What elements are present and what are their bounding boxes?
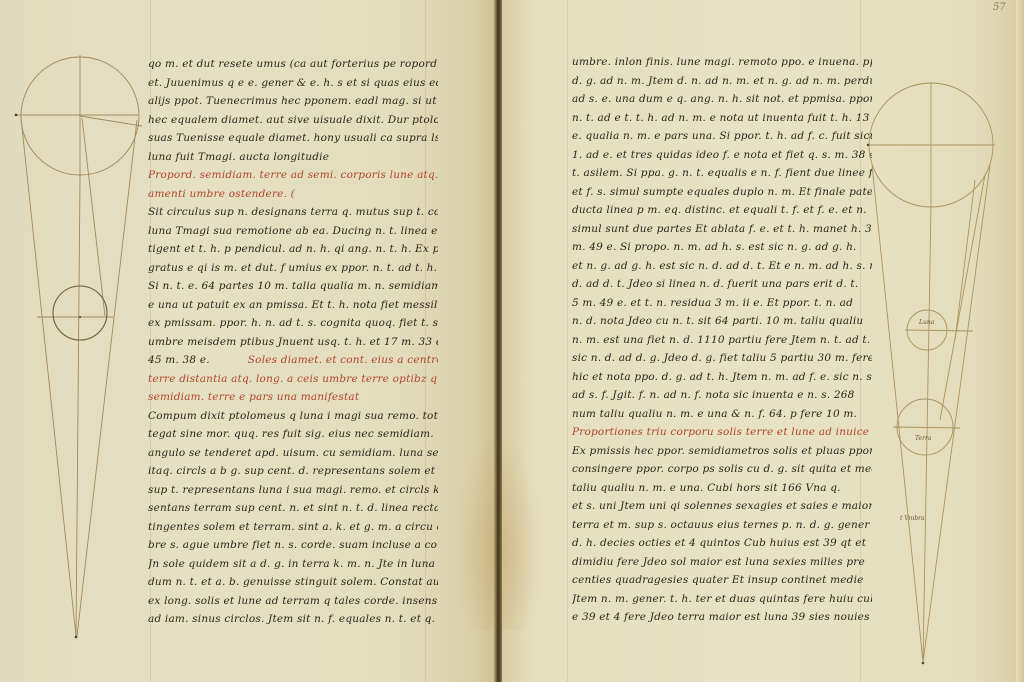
binding-gutter [494, 0, 502, 682]
line-text: ducta linea p m. eq. distinc. et equali … [572, 204, 867, 216]
line-text: Sit circulus sup n. designans terra q. m… [148, 206, 438, 218]
manuscript-line: itaq. circls a b g. sup cent. d. represe… [148, 462, 438, 481]
line-text: n. d. nota Jdeo cu n. t. sit 64 parti. 1… [572, 315, 863, 327]
manuscript-line: qo m. et dut resete umus (ca aut forteri… [148, 55, 438, 74]
manuscript-line: umbre meisdem ptibus Jnuent usq. t. h. e… [148, 333, 438, 352]
line-text: e 39 et 4 fere Jdeo terra maior est luna… [572, 611, 870, 623]
line-text: semidiam. terre e pars una manifestat [148, 391, 359, 403]
line-text: ad iam. sinus circlos. Jtem sit n. f. eq… [148, 613, 438, 625]
manuscript-line: n. t. ad e t. t. h. ad n. m. e nota ut i… [572, 109, 872, 128]
manuscript-line: simul sunt due partes Et ablata f. e. et… [572, 220, 872, 239]
manuscript-line: Si n. t. e. 64 partes 10 m. talia qualia… [148, 277, 438, 296]
line-text: Ex pmissis hec ppor. semidiametros solis… [572, 445, 872, 457]
line-text: qo m. et dut resete umus (ca aut forteri… [148, 58, 438, 70]
line-text: ad s. e. una dum e q. ang. n. h. sit not… [572, 93, 872, 105]
manuscript-line: sup t. representans luna i sua magi. rem… [148, 481, 438, 500]
manuscript-line: centies quadragesies quater Et insup con… [572, 571, 872, 590]
manuscript-line: e 39 et 4 fere Jdeo terra maior est luna… [572, 608, 872, 627]
line-text: sic n. d. ad d. g. Jdeo d. g. fiet taliu… [572, 352, 872, 364]
manuscript-line: ad s. f. Jgit. f. n. ad n. f. nota sic i… [572, 386, 872, 405]
manuscript-line: Proportiones triu corporu solis terre et… [572, 423, 872, 442]
manuscript-line: 5 m. 49 e. et t. n. residua 3 m. ii e. E… [572, 294, 872, 313]
manuscript-line: hec equalem diamet. aut sive uisuale dix… [148, 111, 438, 130]
manuscript-line: num taliu qualiu n. m. e una & n. f. 64.… [572, 405, 872, 424]
manuscript-line: tegat sine mor. quq. res fuit sig. eius … [148, 425, 438, 444]
manuscript-line: sic n. d. ad d. g. Jdeo d. g. fiet taliu… [572, 349, 872, 368]
manuscript-line: ducta linea p m. eq. distinc. et equali … [572, 201, 872, 220]
line-text: e una ut patuit ex an pmissa. Et t. h. n… [148, 299, 438, 311]
line-text: et f. s. simul sumpte equales duplo n. m… [572, 186, 872, 198]
manuscript-line: semidiam. terre e pars una manifestat [148, 388, 438, 407]
line-text: t. asilem. Si ppa. g. n. t. equalis e n.… [572, 167, 872, 179]
line-text: 1. ad e. et tres quidas ideo f. e nota e… [572, 149, 872, 161]
line-text: n. m. est una fiet n. d. 1110 partiu fer… [572, 334, 872, 346]
line-text: et. Juuenimus q e e. gener & e. h. s et … [148, 77, 438, 89]
manuscript-line: sentans terram sup cent. n. et sint n. t… [148, 499, 438, 518]
line-text: Propord. semidiam. terre ad semi. corpor… [148, 169, 438, 181]
line-text: bre s. ague umbre fiet n. s. corde. suam… [148, 539, 438, 551]
line-text: dum n. t. et a. b. genuisse stinguit sol… [148, 576, 438, 588]
manuscript-spread: 57 qo m. et dut resete umus (ca aut fort… [0, 0, 1024, 682]
manuscript-line: e. qualia n. m. e pars una. Si ppor. t. … [572, 127, 872, 146]
ruling-line [567, 0, 568, 682]
line-text: gratus e qi is m. et dut. f umius ex ppo… [148, 262, 438, 274]
line-text: umbre. inlon finis. lune magi. remoto pp… [572, 56, 872, 68]
line-text: luna fuit Tmagi. aucta longitudie [148, 151, 329, 163]
manuscript-line: terra et m. sup s. octauus eius ternes p… [572, 516, 872, 535]
rubric-text: Soles diamet. et cont. eius a centro [248, 354, 438, 366]
manuscript-line: 45 m. 38 e.Soles diamet. et cont. eius a… [148, 351, 438, 370]
line-text: 5 m. 49 e. et t. n. residua 3 m. ii e. E… [572, 297, 853, 309]
manuscript-line: luna Tmagi sua remotione ab ea. Ducing n… [148, 222, 438, 241]
line-text: hec equalem diamet. aut sive uisuale dix… [148, 114, 438, 126]
manuscript-line: Jtem n. m. gener. t. h. ter et duas quin… [572, 590, 872, 609]
manuscript-line: ex pmissam. ppor. h. n. ad t. s. cognita… [148, 314, 438, 333]
manuscript-line: et. Juuenimus q e e. gener & e. h. s et … [148, 74, 438, 93]
manuscript-line: d. g. ad n. m. Jtem d. n. ad n. m. et n.… [572, 72, 872, 91]
line-text: luna Tmagi sua remotione ab ea. Ducing n… [148, 225, 438, 237]
line-text: d. ad d. t. Jdeo si linea n. d. fuerit u… [572, 278, 858, 290]
shadow-label: t Vmbra [900, 515, 925, 522]
manuscript-line: ex long. solis et lune ad terram q tales… [148, 592, 438, 611]
manuscript-line: m. 49 e. Si propo. n. m. ad h. s. est si… [572, 238, 872, 257]
line-text: consingere ppor. corpo ps solis cu d. g.… [572, 463, 872, 475]
line-text: sup t. representans luna i sua magi. rem… [148, 484, 438, 496]
line-text: amenti umbre ostendere. ( [148, 188, 295, 200]
manuscript-line: d. ad d. t. Jdeo si linea n. d. fuerit u… [572, 275, 872, 294]
manuscript-line: bre s. ague umbre fiet n. s. corde. suam… [148, 536, 438, 555]
manuscript-line: tingentes solem et terram. sint a. k. et… [148, 518, 438, 537]
manuscript-line: hic et nota ppo. d. g. ad t. h. Jtem n. … [572, 368, 872, 387]
line-text: umbre meisdem ptibus Jnuent usq. t. h. e… [148, 336, 438, 348]
manuscript-line: consingere ppor. corpo ps solis cu d. g.… [572, 460, 872, 479]
manuscript-line: et s. uni Jtem uni qi solennes sexagies … [572, 497, 872, 516]
line-text: suas Tuenisse equale diamet. hony usuali… [148, 132, 438, 144]
line-text: taliu qualiu n. m. e una. Cubi hors sit … [572, 482, 841, 494]
line-text: Proportiones triu corporu solis terre et… [572, 426, 872, 438]
line-text: simul sunt due partes Et ablata f. e. et… [572, 223, 872, 235]
manuscript-line: dum n. t. et a. b. genuisse stinguit sol… [148, 573, 438, 592]
page-edge [1016, 0, 1024, 682]
manuscript-line: umbre. inlon finis. lune magi. remoto pp… [572, 53, 872, 72]
line-text: angulo se tenderet apd. uisum. cu semidi… [148, 447, 438, 459]
manuscript-line: luna fuit Tmagi. aucta longitudie [148, 148, 438, 167]
line-text: tingentes solem et terram. sint a. k. et… [148, 521, 438, 533]
manuscript-line: amenti umbre ostendere. ( [148, 185, 438, 204]
manuscript-line: et n. g. ad g. h. est sic n. d. ad d. t.… [572, 257, 872, 276]
manuscript-line: t. asilem. Si ppa. g. n. t. equalis e n.… [572, 164, 872, 183]
line-text: itaq. circls a b g. sup cent. d. represe… [148, 465, 438, 477]
manuscript-line: n. d. nota Jdeo cu n. t. sit 64 parti. 1… [572, 312, 872, 331]
manuscript-line: Ex pmissis hec ppor. semidiametros solis… [572, 442, 872, 461]
line-text: tigent et t. h. p pendicul. ad n. h. qi … [148, 243, 438, 255]
line-text: dimidiu fere Jdeo sol maior est luna sex… [572, 556, 865, 568]
line-text: e. qualia n. m. e pars una. Si ppor. t. … [572, 130, 872, 142]
manuscript-line: n. m. est una fiet n. d. 1110 partiu fer… [572, 331, 872, 350]
line-text: centies quadragesies quater Et insup con… [572, 574, 864, 586]
manuscript-line: angulo se tenderet apd. uisum. cu semidi… [148, 444, 438, 463]
left-shadow-cone-diagram [0, 0, 160, 682]
line-text: Compum dixit ptolomeus q luna i magi sua… [148, 410, 438, 422]
line-text: sentans terram sup cent. n. et sint n. t… [148, 502, 438, 514]
line-text: et n. g. ad g. h. est sic n. d. ad d. t.… [572, 260, 872, 272]
manuscript-line: dimidiu fere Jdeo sol maior est luna sex… [572, 553, 872, 572]
line-text: terra et m. sup s. octauus eius ternes p… [572, 519, 870, 531]
line-text: hic et nota ppo. d. g. ad t. h. Jtem n. … [572, 371, 872, 383]
earth-circle [53, 286, 107, 340]
line-text: ad s. f. Jgit. f. n. ad n. f. nota sic i… [572, 389, 855, 401]
line-text: d. h. decies octies et 4 quintos Cub hui… [572, 537, 866, 549]
line-text: Si n. t. e. 64 partes 10 m. talia qualia… [148, 280, 438, 292]
line-text: alijs ppot. Tuenecrimus hec pponem. eadl… [148, 95, 438, 107]
manuscript-line: et f. s. simul sumpte equales duplo n. m… [572, 183, 872, 202]
line-text: d. g. ad n. m. Jtem d. n. ad n. m. et n.… [572, 75, 872, 87]
manuscript-line: e una ut patuit ex an pmissa. Et t. h. n… [148, 296, 438, 315]
line-text: et s. uni Jtem uni qi solennes sexagies … [572, 500, 872, 512]
manuscript-line: Sit circulus sup n. designans terra q. m… [148, 203, 438, 222]
manuscript-line: tigent et t. h. p pendicul. ad n. h. qi … [148, 240, 438, 259]
manuscript-line: taliu qualiu n. m. e una. Cubi hors sit … [572, 479, 872, 498]
left-page-text: qo m. et dut resete umus (ca aut forteri… [148, 55, 438, 629]
line-text: ex pmissam. ppor. h. n. ad t. s. cognita… [148, 317, 438, 329]
manuscript-line: terre distantia atq. long. a ceis umbre … [148, 370, 438, 389]
line-text: m. 49 e. Si propo. n. m. ad h. s. est si… [572, 241, 857, 253]
line-text: n. t. ad e t. t. h. ad n. m. e nota ut i… [572, 112, 872, 124]
right-shadow-cone-diagram: Luna Terra t Vmbra [860, 0, 1010, 682]
manuscript-line: alijs ppot. Tuenecrimus hec pponem. eadl… [148, 92, 438, 111]
manuscript-line: Propord. semidiam. terre ad semi. corpor… [148, 166, 438, 185]
manuscript-line: Jn sole quidem sit a d. g. in terra k. m… [148, 555, 438, 574]
earth-label: Terra [915, 435, 932, 442]
manuscript-line: ad s. e. una dum e q. ang. n. h. sit not… [572, 90, 872, 109]
manuscript-line: 1. ad e. et tres quidas ideo f. e nota e… [572, 146, 872, 165]
manuscript-line: gratus e qi is m. et dut. f umius ex ppo… [148, 259, 438, 278]
line-text: Jtem n. m. gener. t. h. ter et duas quin… [572, 593, 872, 605]
manuscript-line: Compum dixit ptolomeus q luna i magi sua… [148, 407, 438, 426]
line-text: tegat sine mor. quq. res fuit sig. eius … [148, 428, 438, 440]
moon-label: Luna [918, 319, 935, 326]
manuscript-line: ad iam. sinus circlos. Jtem sit n. f. eq… [148, 610, 438, 629]
line-text: ex long. solis et lune ad terram q tales… [148, 595, 438, 607]
line-text: num taliu qualiu n. m. e una & n. f. 64.… [572, 408, 857, 420]
right-page-text: umbre. inlon finis. lune magi. remoto pp… [572, 53, 872, 627]
manuscript-line: d. h. decies octies et 4 quintos Cub hui… [572, 534, 872, 553]
line-text: terre distantia atq. long. a ceis umbre … [148, 373, 438, 385]
manuscript-line: suas Tuenisse equale diamet. hony usuali… [148, 129, 438, 148]
line-text: Jn sole quidem sit a d. g. in terra k. m… [148, 558, 438, 570]
